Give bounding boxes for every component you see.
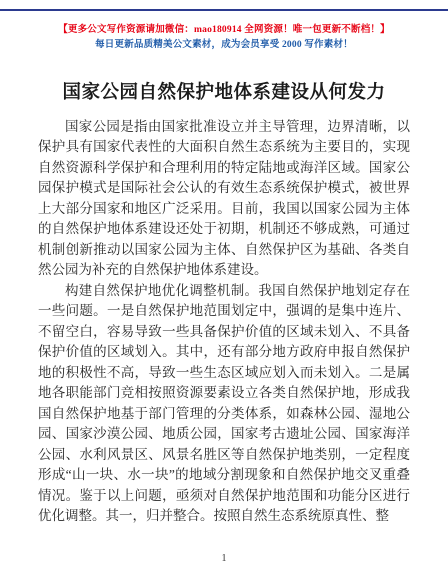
paragraph-mechanism: 构建自然保护地优化调整机制。我国自然保护地划定存在一些问题。一是自然保护地范围划…: [38, 281, 410, 527]
promo-banner-line-blue: 每日更新品质精美公文素材，成为会员享受 2000 写作素材！: [0, 39, 448, 52]
document-page: 【更多公文写作资源请加微信：mao180914 全网资源！唯一包更新不断档！】 …: [0, 0, 448, 580]
document-title: 国家公园自然保护地体系建设从何发力: [30, 82, 418, 104]
paragraph-intro: 国家公园是指由国家批准设立并主导管理，边界清晰，以保护具有国家代表性的大面积自然…: [38, 117, 410, 281]
promo-banner: 【更多公文写作资源请加微信：mao180914 全网资源！唯一包更新不断档！】 …: [0, 0, 448, 52]
document-body: 国家公园是指由国家批准设立并主导管理，边界清晰，以保护具有国家代表性的大面积自然…: [38, 117, 410, 527]
promo-banner-line-red: 【更多公文写作资源请加微信：mao180914 全网资源！唯一包更新不断档！】: [0, 24, 448, 37]
page-number: 1: [0, 553, 448, 564]
top-border-line: [0, 9, 448, 11]
